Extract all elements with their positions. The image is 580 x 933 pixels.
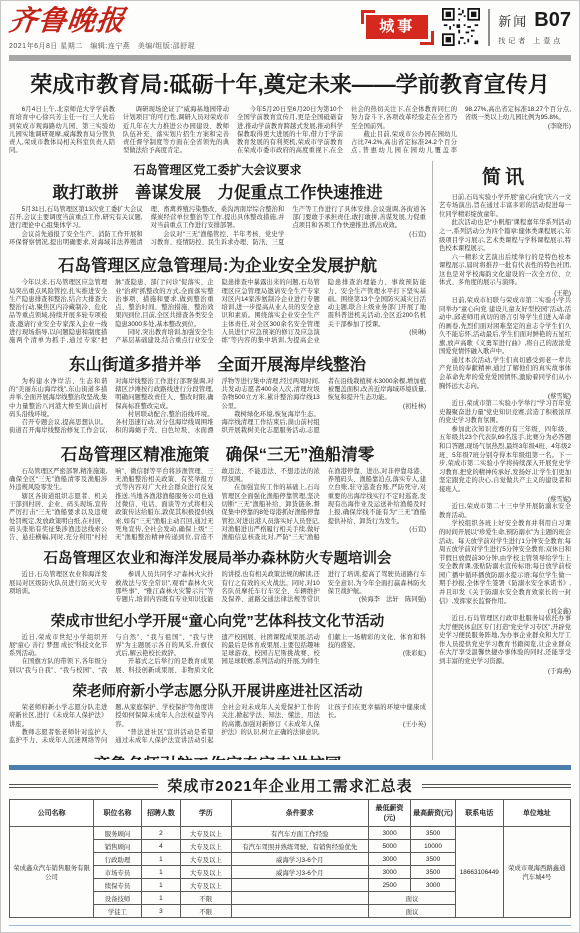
table-cell: 销售顾问 [94, 840, 142, 853]
paragraph: 荣老师府新小学志愿分队走进府新社区,进行《未成年人保护法》讲座。 [9, 704, 107, 729]
table-cell: 设备技师 [94, 892, 142, 905]
jobs-table: 公司名称 职位名称 招聘人数 学历 条件要求 最低薪资(元) 最高薪资(元) 联… [9, 799, 571, 918]
table-cell: 1 [141, 853, 180, 866]
article-fishing-boats: 石岛管理区精准施策 确保“三无”渔船清零 石岛管理区严密部署,精准施策,确保全区… [9, 441, 426, 543]
page-number: B07 [534, 9, 571, 32]
table-cell [231, 879, 368, 892]
byline: (侯琳) [328, 329, 426, 337]
lead-article: 荣成市教育局:砥砺十年,奠定未来——学前教育宣传月 6月4日上午,北京师范大学学… [9, 67, 571, 156]
table-cell: 3000 [411, 879, 456, 892]
dateline: 2021年6月8日 星期二 编辑:连宁燕 美编/组版:邵舒琨 [9, 41, 195, 51]
paragraph: 近日,荣成市世纪小学组织开展“童心 善行 梦想 成长”科技文化节系列活动。 [9, 634, 107, 659]
column-header: 单位地址 [503, 800, 570, 827]
byline: (石宣) [328, 526, 426, 534]
table-cell: 3500 [411, 866, 456, 879]
address-cell: 荣成市观海西路鑫通汽车城4号 [503, 827, 570, 918]
table-divider-bar [9, 765, 571, 770]
article-coastline: 东山街道多措并举 全面开展海岸线整治 为构建水净岸洁、生态和谐的“美丽东山海岸线… [9, 351, 426, 436]
phone-cell: 18663106449 [455, 827, 503, 918]
lead-body: 6月4日上午,北京师范大学学前教育培育中心徐兴芳主任一行三人先后到荣成市观海路幼… [9, 106, 571, 156]
article-qilu-teachers: 齐鲁名师引航工作室专家走进校园 5月24日,齐鲁名师(谢晓岭)引航工作室专家进校… [9, 751, 426, 760]
table-cell: 威海学习3-6个月 [231, 866, 368, 879]
table-cell: 2 [141, 827, 180, 840]
brief-item: 通过本次活动,学生们真切感受到老一辈共产党员的奉献精神,通过了解他们的真实故事体… [439, 357, 571, 391]
paragraph: 为构建水净岸洁、生态和谐的“美丽东山海岸线”,东山街道多措并举,全面开展海岸线整… [9, 378, 107, 419]
table-cell: 有汽车驾照并熟练驾驶、有销售经验优先 [231, 840, 368, 853]
byline: (张彩虹) [328, 650, 426, 658]
table-cell: 大专及以上 [181, 827, 231, 840]
article-body: 为构建水净岸洁、生态和谐的“美丽东山海岸线”,东山街道多措并举,全面开展海岸线整… [9, 378, 426, 436]
article-volunteer-lecture: 荣老师府新小学志愿分队开展讲座进社区活动 荣老师府新小学志愿分队走进府新社区,进… [9, 680, 426, 745]
article-body: 近日,石岛管理区农业和海洋发展局对区级防火队员进行防灭火专项培训。 参训人员共同… [9, 571, 426, 604]
article-body: 近日,荣成市世纪小学组织开展“童心 善行 梦想 成长”科技文化节系列活动。 在国… [9, 634, 426, 675]
bracket-bottom-right-icon [420, 31, 434, 45]
table-cell: 市场专员 [94, 866, 142, 879]
byline: (侯海李 法轩 陈同强) [328, 596, 426, 604]
page-bottom-rule [9, 925, 571, 926]
column-header: 招聘人数 [141, 800, 180, 827]
table-cell: 5000 [369, 840, 411, 853]
jobs-title-row: 荣成市2021年企业用工需求汇总表 [9, 775, 571, 796]
masthead-logo: 齐鲁晚报 [7, 8, 197, 36]
negotiable-salary-cell: 面议 [369, 905, 456, 918]
byline: (蔡雪妮) [439, 494, 571, 503]
title-rule-left [9, 784, 158, 788]
byline: (王小英) [328, 721, 426, 729]
briefs-sidebar: 简讯 日前,石岛实验小学开展“童心向党”庆六一文艺专场演出,旨在通过丰富多彩的活… [433, 161, 571, 760]
article-headline: 石岛管理区应急管理局:为企业安全发展护航 [9, 252, 426, 276]
negotiable-salary-cell: 面议 [369, 892, 456, 905]
byline: (李晓彤) [465, 123, 571, 131]
table-cell: 行政助理 [94, 853, 142, 866]
article-headline: 齐鲁名师引航工作室专家走进校园 [9, 751, 426, 760]
table-cell: 3000 [369, 827, 411, 840]
column-header: 最低薪资(元) [369, 800, 411, 827]
table-cell: 10000 [411, 840, 456, 853]
article-body: 荣老师府新小学志愿分队走进府新社区,进行《未成年人保护法》讲座。 教师志愿者张老… [9, 704, 426, 745]
brief-item: 六一精彩文艺演出后续举行的是特色校本课程展示,届时将推荐一批有代表性的特色社团,… [439, 254, 571, 288]
table-cell: 大专及以上 [181, 840, 231, 853]
table-cell: 大专及以上 [181, 866, 231, 879]
table-cell: 大专及以上 [181, 853, 231, 866]
masthead: 齐鲁晚报 2021年6月8日 星期二 编辑:连宁燕 美编/组版:邵舒琨 [9, 8, 195, 51]
jobs-table-title: 荣成市2021年企业用工需求汇总表 [167, 775, 412, 796]
table-cell: 续保专员 [94, 879, 142, 892]
byline: (于海燕) [439, 666, 571, 675]
paragraph: 6月4日上午,北京师范大学学前教育培育中心徐兴芳主任一行三人先后到荣成市观海路幼… [9, 106, 115, 156]
article-body: 5月31日,石岛管理区第13次党工委扩大会议召开,会议主要调度当前重点工作,研究… [9, 206, 426, 247]
table-cell: 3500 [411, 827, 456, 840]
brief-item: 日前,石岛实验小学开展“童心向党”庆六一文艺专场演出,旨在通过丰富多彩的活动促进… [439, 194, 571, 220]
article-headline: 石岛管理区农业和海洋发展局举办森林防火专题培训会 [9, 547, 426, 568]
article-party-committee: 石岛管理区党工委扩大会议要求 敢打敢拼 善谋发展 力促重点工作快速推进 5月31… [9, 161, 426, 247]
table-row: 荣成鑫众汽车销售服务有限公司 服务顾问 2 大专及以上 有汽车方面工作经验 30… [10, 827, 571, 840]
brief-item: 参加此次知识竞赛的有三年级、四年级、五年级共23个代表队69名选手,比赛分为必答… [439, 426, 571, 495]
table-cell: 1 [141, 866, 180, 879]
byline: (王艳) [439, 288, 571, 297]
article-body: 今年以来,石岛管理区应急管理局突出重点风险管控,扎实推进安全生产隐患排查和整治,… [9, 279, 426, 345]
table-cell: 服务顾问 [94, 827, 142, 840]
byline: (石宣) [292, 231, 426, 239]
company-cell: 荣成鑫众汽车销售服务有限公司 [10, 827, 94, 918]
table-cell: 3000 [369, 866, 411, 879]
article-headline: 荣成市世纪小学开展“童心向党”艺体科技文化节活动 [9, 610, 426, 631]
table-cell: 学徒工 [94, 905, 142, 918]
edition-section-label: 新闻 [498, 11, 528, 30]
column-header: 公司名称 [10, 800, 94, 827]
table-cell: 1 [141, 879, 180, 892]
column-header: 条件要求 [231, 800, 368, 827]
article-century-school: 荣成市世纪小学开展“童心向党”艺体科技文化节活动 近日,荣成市世纪小学组织开展“… [9, 610, 426, 675]
table-cell: 4 [141, 840, 180, 853]
table-cell: 3000 [369, 853, 411, 866]
paragraph: 近日,石岛管理区农业和海洋发展局对区级防火队员进行防灭火专项培训。 [9, 571, 107, 596]
column-header: 最高薪资(元) [411, 800, 456, 827]
table-cell: 2500 [369, 879, 411, 892]
brief-item: 近日,荣成市第二实验小学举行“学习百年党史凝聚奋进力量”党史知识竞赛,营造了积极… [439, 400, 571, 426]
article-emergency-bureau: 石岛管理区应急管理局:为企业安全发展护航 今年以来,石岛管理区应急管理局突出重点… [9, 252, 426, 345]
column-header: 学历 [181, 800, 231, 827]
briefs-title: 简讯 [439, 162, 571, 189]
page-header: 齐鲁晚报 2021年6月8日 星期二 编辑:连宁燕 美编/组版:邵舒琨 城事 [9, 6, 571, 54]
newspaper-page: 齐鲁晚报 2021年6月8日 星期二 编辑:连宁燕 美编/组版:邵舒琨 城事 [0, 0, 580, 933]
byline: (蔡雪妮) [439, 391, 571, 400]
brief-item: 此次活动也是“小帆船”课程嘉年华系列活动之一,系列活动分为四个篇章:健体类课程展… [439, 219, 571, 253]
lead-headline: 荣成市教育局:砥砺十年,奠定未来——学前教育宣传月 [9, 68, 571, 99]
table-cell: 有汽车方面工作经验 [231, 827, 368, 840]
main-column: 石岛管理区党工委扩大会议要求 敢打敢拼 善谋发展 力促重点工作快速推进 5月31… [9, 161, 433, 760]
jobs-table-section: 荣成市2021年企业用工需求汇总表 公司名称 职位名称 招聘人数 学历 条件要求… [9, 774, 571, 918]
paragraph: 石岛管理区严密部署,精准施策,确保全区“三无”渔船清零及渔船涉外违规风险零发生。 [9, 468, 107, 493]
byline: (刘金鑫) [439, 606, 571, 615]
table-cell: 不限 [181, 892, 231, 905]
byline: (初桂林) [328, 403, 426, 411]
table-cell: 3500 [411, 853, 456, 866]
article-headline: 敢打敢拼 善谋发展 力促重点工作快速推进 [9, 179, 426, 203]
table-cell: 3 [141, 905, 180, 918]
article-headline: 荣老师府新小学志愿分队开展讲座进社区活动 [9, 680, 426, 701]
article-fire-training: 石岛管理区农业和海洋发展局举办森林防火专题培训会 近日,石岛管理区农业和海洋发展… [9, 547, 426, 604]
edition-block: 新闻 B07 找记者 上壹点 [488, 9, 571, 46]
qr-code-icon [442, 8, 480, 46]
table-cell: 大专及以上 [181, 879, 231, 892]
brief-item: 学校组织各班上好安全教育并利用自习课的时间开展以“珍爱生命,预防溺水”为主题的班… [439, 520, 571, 606]
section-tag-label: 城事 [366, 15, 428, 39]
paragraph: 调研现场论证了“威海基地园带动计划项目”的可行性,调研人员对荣成市近几年在大力推… [123, 106, 229, 156]
slogan: 找记者 上壹点 [498, 36, 571, 46]
table-cell [231, 892, 368, 905]
edition-line: 新闻 B07 [498, 9, 571, 32]
table-header-row: 公司名称 职位名称 招聘人数 学历 条件要求 最低薪资(元) 最高薪资(元) 联… [10, 800, 571, 827]
table-cell [231, 905, 368, 918]
header-divider-bar [9, 55, 571, 61]
title-rule-right [422, 784, 571, 788]
content-row: 石岛管理区党工委扩大会议要求 敢打敢拼 善谋发展 力促重点工作快速推进 5月31… [9, 161, 571, 760]
header-right-cluster: 城事 [361, 8, 571, 46]
article-body: 石岛管理区严密部署,精准施策,确保全区“三无”渔船清零及渔船涉外违规风险零发生。… [9, 468, 426, 543]
article-headline: 东山街道多措并举 全面开展海岸线整治 [9, 351, 426, 375]
brief-item: 近日,石岛管理区行政审批服务局依托办事大厅便民休息区专门打造“党史学习专区”,开… [439, 615, 571, 666]
brief-item: 近日,荣成市第二十三中学开展防溺水安全教育活动。 [439, 503, 571, 520]
column-header: 联系电话 [455, 800, 503, 827]
bracket-top-left-icon [361, 10, 375, 24]
section-tag: 城事 [361, 10, 434, 45]
brief-item: 日前,荣成市妇联与荣成市第二实验小学共同举办“童心向党 建设儿童友好型校园”活动… [439, 297, 571, 357]
paragraph: 5月31日,石岛管理区第13次党工委扩大会议召开,会议主要调度当前重点工作,研究… [9, 206, 143, 231]
article-headline: 石岛管理区精准施策 确保“三无”渔船清零 [9, 441, 426, 465]
table-cell: 1 [141, 892, 180, 905]
table-cell: 不限 [181, 905, 231, 918]
column-header: 职位名称 [94, 800, 142, 827]
article-kicker: 石岛管理区党工委扩大会议要求 [9, 161, 426, 178]
table-cell: 威海学习3-6个月 [231, 853, 368, 866]
